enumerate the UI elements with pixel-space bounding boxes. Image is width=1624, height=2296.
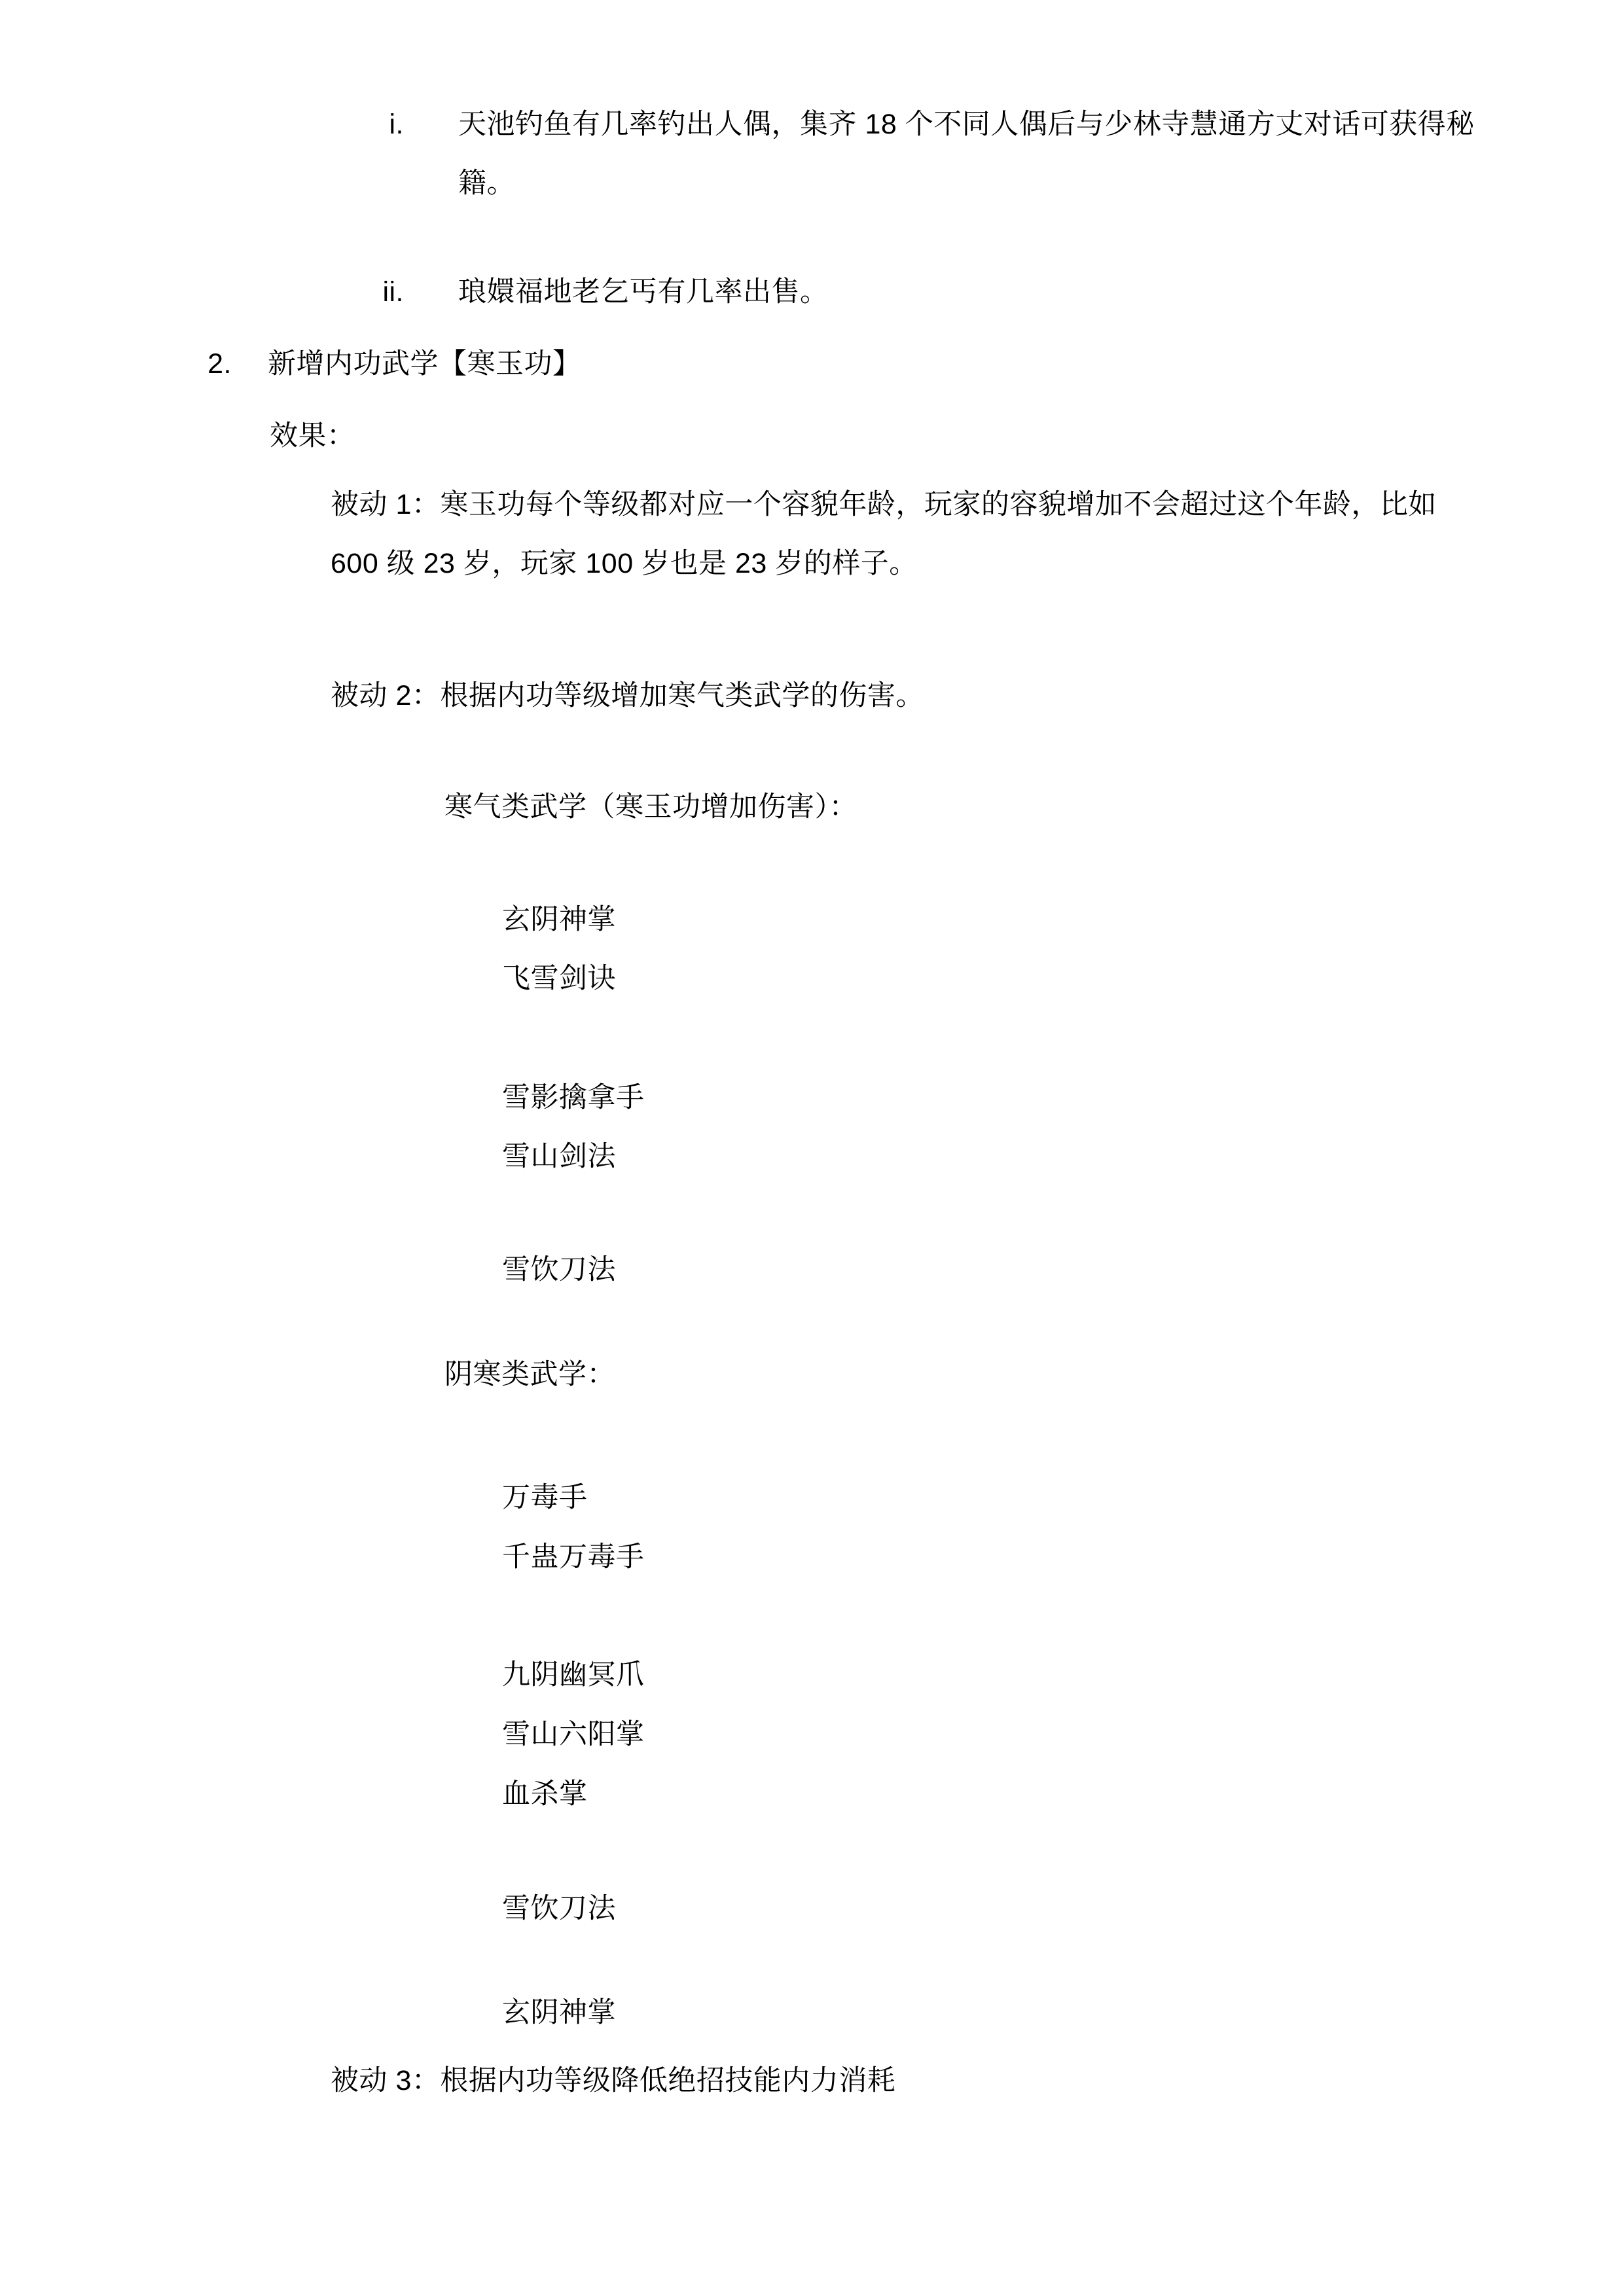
yin-cold-skill-item: 雪山六阳掌 [502,1705,645,1764]
passive-3-paragraph: 被动 3：根据内功等级降低绝招技能内力消耗 [331,2051,895,2110]
yin-cold-skill-item: 玄阴神掌 [502,1983,616,2042]
skill-name: 飞雪剑诀 [502,949,616,1008]
yin-cold-skill-item: 雪饮刀法 [502,1879,616,1938]
skill-name: 雪山剑法 [502,1127,616,1186]
cold-qi-skill-item: 雪山剑法 [502,1127,616,1186]
list-marker-ii: ii. [365,262,404,321]
effect-heading: 效果： [270,406,355,465]
list-item-roman-i: i. 天池钓鱼有几率钓出人偶，集齐 18 个不同人偶后与少林寺慧通方丈对话可获得… [458,95,1475,213]
skill-name: 万毒手 [502,1468,588,1527]
cold-qi-heading-text: 寒气类武学（寒玉功增加伤害）： [444,778,857,836]
skill-name: 玄阴神掌 [502,890,616,949]
paragraph-line: 被动 2：根据内功等级增加寒气类武学的伤害。 [331,666,924,725]
list-item-2: 2. 新增内功武学【寒玉功】 [268,334,581,393]
skill-name: 雪山六阳掌 [502,1705,645,1764]
yin-cold-heading: 阴寒类武学： [444,1345,615,1404]
skill-name: 玄阴神掌 [502,1983,616,2042]
cold-qi-heading: 寒气类武学（寒玉功增加伤害）： [444,778,857,836]
cold-qi-skill-item: 雪饮刀法 [502,1240,616,1299]
cold-qi-skill-item: 雪影擒拿手 [502,1068,645,1127]
paragraph-line: 琅嬛福地老乞丐有几率出售。 [458,262,829,321]
skill-name: 千蛊万毒手 [502,1528,645,1587]
yin-cold-skill-item: 万毒手 [502,1468,588,1527]
passive-1-paragraph: 被动 1：寒玉功每个等级都对应一个容貌年龄，玩家的容貌增加不会超过这个年龄，比如… [331,475,1437,593]
passive-2-paragraph: 被动 2：根据内功等级增加寒气类武学的伤害。 [331,666,924,725]
paragraph-line: 被动 1：寒玉功每个等级都对应一个容貌年龄，玩家的容貌增加不会超过这个年龄，比如 [331,475,1437,534]
yin-cold-skill-item: 千蛊万毒手 [502,1528,645,1587]
list-marker-i: i. [365,95,404,154]
list-marker-2: 2. [192,334,232,393]
yin-cold-heading-text: 阴寒类武学： [444,1345,615,1404]
list-item-roman-ii: ii. 琅嬛福地老乞丐有几率出售。 [458,262,829,321]
effect-heading-text: 效果： [270,406,355,465]
paragraph-line: 天池钓鱼有几率钓出人偶，集齐 18 个不同人偶后与少林寺慧通方丈对话可获得秘 [458,95,1475,154]
document-page: i. 天池钓鱼有几率钓出人偶，集齐 18 个不同人偶后与少林寺慧通方丈对话可获得… [0,0,1624,2296]
cold-qi-skill-item: 飞雪剑诀 [502,949,616,1008]
yin-cold-skill-item: 九阴幽冥爪 [502,1645,645,1704]
skill-name: 雪饮刀法 [502,1879,616,1938]
paragraph-line: 籍。 [458,154,1475,213]
paragraph-line: 被动 3：根据内功等级降低绝招技能内力消耗 [331,2051,895,2110]
yin-cold-skill-item: 血杀掌 [502,1765,588,1823]
skill-name: 雪饮刀法 [502,1240,616,1299]
cold-qi-skill-item: 玄阴神掌 [502,890,616,949]
item-2-title: 新增内功武学【寒玉功】 [268,334,581,393]
paragraph-line: 600 级 23 岁，玩家 100 岁也是 23 岁的样子。 [331,534,1437,593]
skill-name: 血杀掌 [502,1765,588,1823]
skill-name: 九阴幽冥爪 [502,1645,645,1704]
skill-name: 雪影擒拿手 [502,1068,645,1127]
